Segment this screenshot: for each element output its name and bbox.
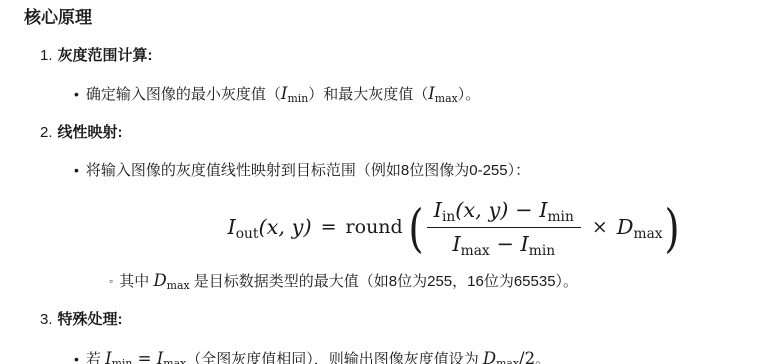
disc-bullet-icon: • <box>74 160 79 181</box>
list-item-label: 特殊处理: <box>58 309 123 332</box>
list-item-label: 线性映射: <box>58 122 123 145</box>
list-item-gray-range: 1. 灰度范围计算: <box>40 45 746 68</box>
inline-math: − <box>490 232 521 256</box>
list-number: 3. <box>40 309 53 332</box>
inline-math: Dmax <box>483 349 519 364</box>
formula-lhs: Iout(x, y) <box>227 215 311 240</box>
bullet-item-equal-case: • 若 Imin = Imax（全图灰度值相同），则输出图像灰度值设为 Dmax… <box>74 347 746 364</box>
inline-math: Imax <box>452 232 489 256</box>
list-number: 1. <box>40 45 53 68</box>
formula-dmax: Dmax <box>617 215 663 240</box>
open-paren: ( <box>408 202 423 254</box>
disc-bullet-icon: • <box>74 349 79 364</box>
inline-math: /2 <box>519 349 535 364</box>
list-item-linear-mapping: 2. 线性映射: <box>40 122 746 145</box>
inline-math: − <box>508 198 539 222</box>
list-number: 2. <box>40 122 53 145</box>
formula-linear-mapping: Iout(x, y) = round ( Iin(x, y) − Imin Im… <box>24 198 746 257</box>
inline-math: Imin <box>105 349 132 364</box>
inline-math: = <box>132 349 156 364</box>
inline-math: Dmax <box>153 271 189 290</box>
inline-math: Imin <box>539 198 574 222</box>
close-paren: ) <box>664 202 679 254</box>
inline-math: Iin(x, y) <box>434 198 509 222</box>
bullet-text: 将输入图像的灰度值线性映射到目标范围（例如8位图像为0-255）： <box>86 160 530 183</box>
fraction: Iin(x, y) − Imin Imax − Imin <box>427 198 581 257</box>
fraction-denominator: Imax − Imin <box>445 228 562 257</box>
note-item-dmax: ◦ 其中 Dmax 是目标数据类型的最大值（如8位为255，16位为65535）… <box>109 269 746 294</box>
multiply-sign: × <box>592 216 608 239</box>
note-text: 其中 Dmax 是目标数据类型的最大值（如8位为255，16位为65535）。 <box>119 269 578 294</box>
list-item-special-handling: 3. 特殊处理: <box>40 309 746 332</box>
bullet-text: 若 Imin = Imax（全图灰度值相同），则输出图像灰度值设为 Dmax/2… <box>86 347 550 364</box>
page-title: 核心原理 <box>24 7 746 30</box>
disc-bullet-icon: • <box>74 84 79 105</box>
list-item-label: 灰度范围计算: <box>58 45 153 68</box>
bullet-text: 确定输入图像的最小灰度值（Imin）和最大灰度值（Imax）。 <box>86 82 480 107</box>
circle-bullet-icon: ◦ <box>109 272 113 290</box>
document-body: 核心原理 1. 灰度范围计算: • 确定输入图像的最小灰度值（Imin）和最大灰… <box>0 0 770 364</box>
inline-math: Imax <box>157 349 186 364</box>
inline-math: Imax <box>428 84 457 103</box>
bullet-item-min-max: • 确定输入图像的最小灰度值（Imin）和最大灰度值（Imax）。 <box>74 82 746 107</box>
inline-math: Imin <box>281 84 308 103</box>
bullet-item-mapping-desc: • 将输入图像的灰度值线性映射到目标范围（例如8位图像为0-255）： <box>74 160 746 183</box>
fraction-numerator: Iin(x, y) − Imin <box>427 198 581 228</box>
round-function: round <box>346 216 403 239</box>
equals-sign: = <box>321 216 337 239</box>
inline-math: Imin <box>521 232 556 256</box>
